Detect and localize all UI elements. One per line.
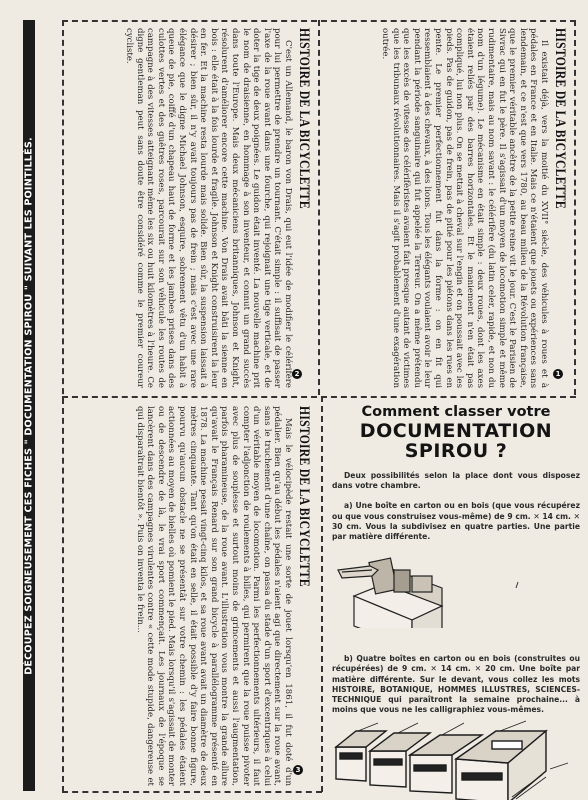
card-body: Mais le vélocipède restait une sorte de … (134, 406, 293, 786)
card-histoire-1: HISTOIRE DE LA BICYCLETTE Il existait dé… (322, 24, 572, 394)
cut-line-right-top (574, 20, 576, 395)
card-number-badge: 2 (292, 369, 302, 379)
card-title: HISTOIRE DE LA BICYCLETTE (295, 28, 312, 309)
single-box-illustration (332, 548, 580, 628)
card-title: HISTOIRE DE LA BICYCLETTE (295, 406, 312, 702)
guide-title: Comment classer votre DOCUMENTATION SPIR… (332, 404, 580, 461)
card-histoire-2: HISTOIRE DE LA BICYCLETTE C'est un Allem… (66, 24, 316, 394)
cut-line-middle-bottom (321, 396, 323, 792)
filing-box-icon (332, 548, 580, 628)
guide-intro: Deux possibilités selon la place dont vo… (332, 471, 580, 491)
guide-title-line1: Comment classer votre (332, 404, 580, 421)
cut-line-middle-top (318, 20, 320, 395)
card-body: Il existait déjà, vers la moitié du XVII… (380, 28, 550, 388)
banner-text: DÉCOUPEZ SOIGNEUSEMENT CES FICHES " DOCU… (24, 137, 35, 675)
cut-line-left (62, 20, 64, 792)
card-title: HISTOIRE DE LA BICYCLETTE (551, 28, 568, 309)
card-histoire-3: HISTOIRE DE LA BICYCLETTE Mais le véloci… (66, 400, 318, 790)
four-boxes-illustration (332, 717, 580, 800)
cut-line-bottom (62, 791, 322, 793)
guide-title-line2: DOCUMENTATION (332, 421, 580, 441)
cut-instructions-banner: DÉCOUPEZ SOIGNEUSEMENT CES FICHES " DOCU… (23, 20, 35, 791)
card-number-badge: 1 (553, 369, 563, 379)
guide-option-a: a) Une boîte en carton ou en bois (que v… (332, 501, 580, 542)
guide-title-line3: SPIROU ? (332, 441, 580, 461)
card-number-badge: 3 (293, 765, 303, 775)
card-body: C'est un Allemand, le baron von Drais, q… (124, 28, 294, 388)
guide-option-b: b) Quatre boîtes en carton ou en bois (c… (332, 654, 580, 715)
cut-line-middle (62, 396, 576, 398)
classification-guide: Comment classer votre DOCUMENTATION SPIR… (332, 404, 580, 800)
four-filing-boxes-icon (332, 717, 580, 800)
